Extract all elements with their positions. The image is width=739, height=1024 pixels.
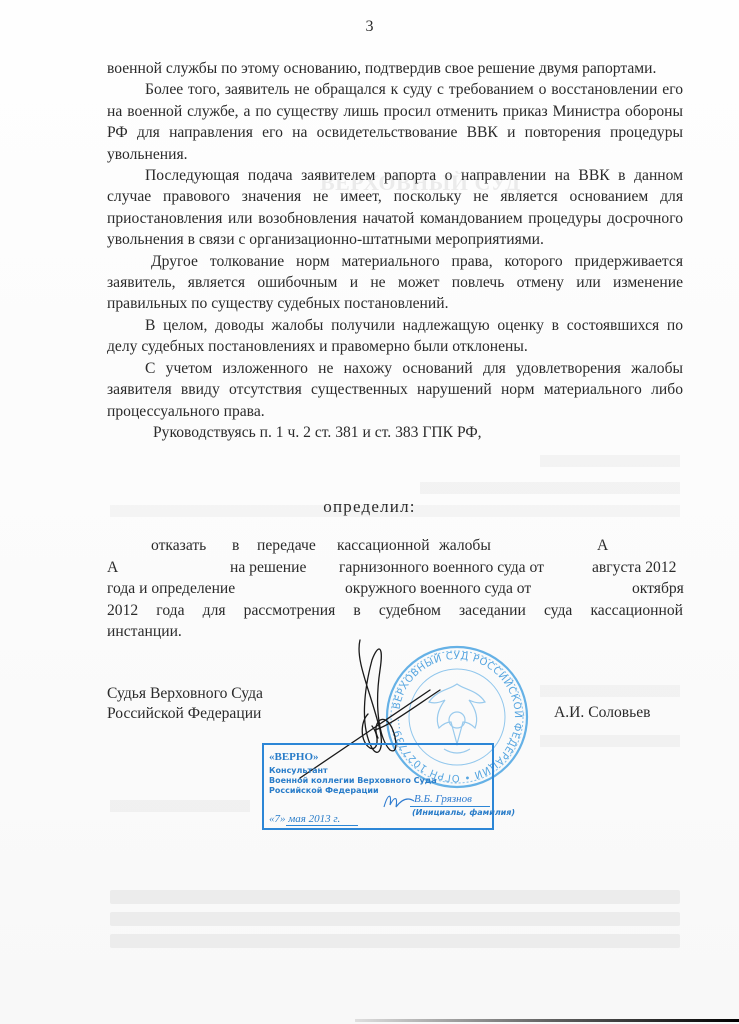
paragraph: Другое толкование норм материального пра…	[107, 251, 683, 315]
decision-heading: определил:	[0, 497, 739, 517]
bleed-through-line	[110, 912, 680, 926]
ruling-phrase: года и определение	[107, 578, 235, 600]
bleed-through-line	[420, 482, 680, 494]
ruling-date: августа 2012	[592, 557, 676, 579]
page-number: 3	[0, 18, 739, 36]
legal-basis: Руководствуясь п. 1 ч. 2 ст. 381 и ст. 3…	[107, 422, 683, 443]
signer-name: А.И. Соловьев	[554, 704, 651, 722]
stamp-line: Военной коллегии Верховного Суда	[269, 776, 437, 785]
signer-title-line: Судья Верховного Суда	[107, 684, 263, 704]
ruling-text: отказать в передаче кассационной жалобы …	[107, 535, 683, 643]
paragraph: Более того, заявитель не обращался к суд…	[107, 79, 683, 165]
ruling-date: октября	[632, 578, 684, 600]
ruling-line: года и определение окружного военного су…	[107, 578, 683, 600]
stamp-initials-label: (Инициалы, фамилия)	[412, 808, 515, 817]
stamp-line: Российской Федерации	[269, 786, 379, 795]
bleed-through-line	[110, 890, 680, 904]
paragraph: Последующая подача заявителем рапорта о …	[107, 165, 683, 251]
ruling-word: отказать	[151, 535, 206, 557]
ruling-line: 2012 года для рассмотрения в судебном за…	[107, 600, 683, 622]
ruling-line: А на решение гарнизонного военного суда …	[107, 557, 683, 579]
bleed-through-line	[110, 934, 680, 948]
ruling-word: передаче	[257, 535, 316, 557]
paragraph: военной службы по этому основанию, подтв…	[107, 58, 683, 79]
ruling-word: жалобы	[439, 535, 491, 557]
ruling-word: в	[232, 535, 239, 557]
certification-stamp: «ВЕРНО» Консультант Военной коллегии Вер…	[262, 743, 494, 830]
stamp-line: Консультант	[269, 766, 328, 775]
paragraph: В целом, доводы жалобы получили надлежащ…	[107, 315, 683, 358]
ruling-word: кассационной	[337, 535, 430, 557]
signer-title-line: Российской Федерации	[107, 704, 263, 724]
bleed-through-line	[110, 800, 250, 812]
ruling-phrase: на решение	[230, 557, 306, 579]
ruling-phrase: инстанции.	[107, 621, 182, 643]
stamp-signature-line	[410, 806, 490, 807]
paragraph: С учетом изложенного не нахожу оснований…	[107, 358, 683, 422]
bleed-through-line	[540, 455, 680, 467]
ruling-phrase: гарнизонного военного суда от	[339, 557, 544, 579]
ruling-phrase: окружного военного суда от	[345, 578, 531, 600]
ruling-phrase: 2012 года для рассмотрения в судебном за…	[107, 600, 683, 622]
bleed-through-line	[540, 735, 680, 747]
redacted-surname-initial: А	[597, 535, 608, 557]
scan-edge-shadow	[355, 1019, 739, 1022]
stamp-date-underline	[286, 825, 358, 826]
stamp-date: «7» мая 2013 г.	[269, 813, 340, 825]
stamp-initials-signature	[382, 789, 416, 811]
stamp-heading: «ВЕРНО»	[269, 751, 319, 763]
stamp-signer-name: В.Б. Грязнов	[414, 793, 472, 805]
ruling-line: отказать в передаче кассационной жалобы …	[107, 535, 683, 557]
body-text: военной службы по этому основанию, подтв…	[107, 58, 683, 443]
signer-title: Судья Верховного Суда Российской Федерац…	[107, 684, 263, 724]
bleed-through-line	[540, 685, 680, 697]
document-page: ВЕРХОВНЫЙ СУД 3 военной службы по этому …	[0, 0, 739, 1024]
redacted-name-initial: А	[107, 557, 118, 579]
